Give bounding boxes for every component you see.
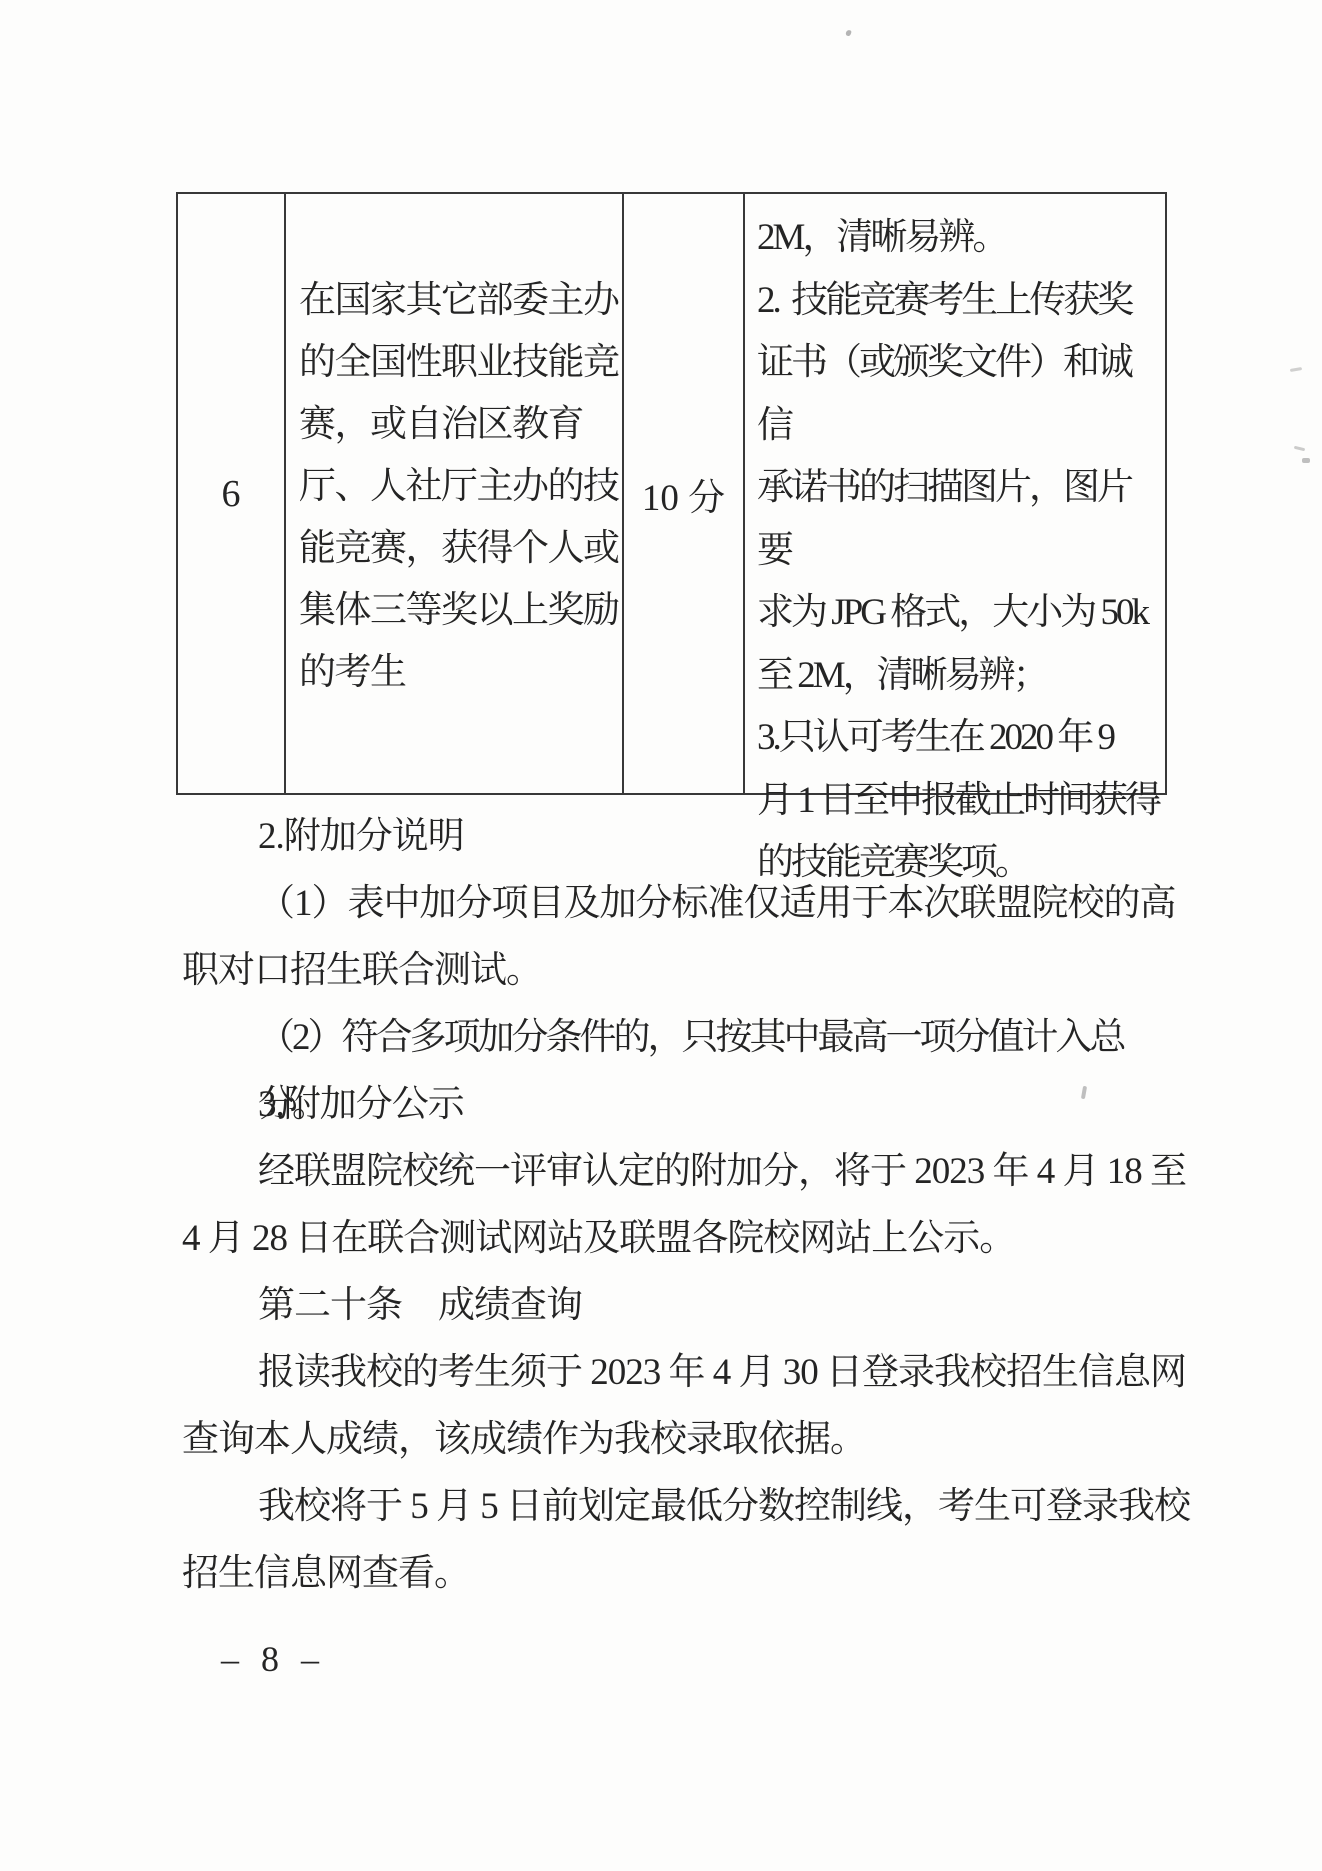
page-number: – 8 – <box>221 1638 321 1680</box>
item-line: 集体三等奖以上奖励 <box>299 580 622 642</box>
table-cell-row-number: 6 <box>178 194 286 793</box>
table-cell-notes: 2M，清晰易辨。 2. 技能竞赛考生上传获奖 证书（或颁奖文件）和诚信 承诺书的… <box>745 194 1165 793</box>
body-line: 4 月 28 日在联合测试网站及联盟各院校网站上公示。 <box>182 1205 1190 1272</box>
body-line: （1）表中加分项目及加分标准仅适用于本次联盟院校的高 <box>182 870 1190 937</box>
body-text: 2.附加分说明 （1）表中加分项目及加分标准仅适用于本次联盟院校的高 职对口招生… <box>182 803 1190 1607</box>
body-line section-heading: 第二十条 成绩查询 <box>182 1272 1190 1339</box>
body-line: 查询本人成绩，该成绩作为我校录取依据。 <box>182 1406 1190 1473</box>
scan-artifact-dot <box>845 29 852 36</box>
note-line: 证书（或颁奖文件）和诚信 <box>757 332 1161 457</box>
note-line: 求为 JPG 格式，大小为 50k <box>757 582 1161 645</box>
body-line: 招生信息网查看。 <box>182 1540 1190 1607</box>
body-line: 2.附加分说明 <box>182 803 1190 870</box>
note-line: 承诺书的扫描图片，图片要 <box>757 457 1161 582</box>
item-line: 赛，或自治区教育 <box>299 394 622 456</box>
body-line: 我校将于 5 月 5 日前划定最低分数控制线，考生可登录我校 <box>182 1473 1190 1540</box>
scan-artifact-dash <box>1302 458 1310 463</box>
item-line: 的考生 <box>299 642 622 704</box>
body-line: 3.附加分公示 <box>182 1071 1190 1138</box>
note-line: 3.只认可考生在 2020 年 9 <box>757 707 1161 770</box>
scan-artifact-dash <box>1290 367 1302 372</box>
note-line: 2. 技能竞赛考生上传获奖 <box>757 270 1161 333</box>
body-line: 职对口招生联合测试。 <box>182 937 1190 1004</box>
score-value: 10 分 <box>642 467 725 521</box>
row-number: 6 <box>222 472 241 516</box>
item-line: 厅、人社厅主办的技 <box>299 456 622 518</box>
note-line: 2M，清晰易辨。 <box>757 207 1161 270</box>
item-line: 的全国性职业技能竞 <box>299 332 622 394</box>
item-line: 在国家其它部委主办 <box>299 270 622 332</box>
bonus-points-table: 6 在国家其它部委主办 的全国性职业技能竞 赛，或自治区教育 厅、人社厅主办的技… <box>176 192 1167 795</box>
table-cell-item-description: 在国家其它部委主办 的全国性职业技能竞 赛，或自治区教育 厅、人社厅主办的技 能… <box>286 194 624 793</box>
note-line: 至 2M，清晰易辨； <box>757 645 1161 708</box>
scan-artifact-dash <box>1294 446 1305 452</box>
table-cell-score: 10 分 <box>624 194 745 793</box>
body-line: 经联盟院校统一评审认定的附加分，将于 2023 年 4 月 18 至 <box>182 1138 1190 1205</box>
item-line: 能竞赛，获得个人或 <box>299 518 622 580</box>
body-line: 报读我校的考生须于 2023 年 4 月 30 日登录我校招生信息网 <box>182 1339 1190 1406</box>
document-page: 6 在国家其它部委主办 的全国性职业技能竞 赛，或自治区教育 厅、人社厅主办的技… <box>0 0 1322 1871</box>
body-line: （2）符合多项加分条件的，只按其中最高一项分值计入总分。 <box>182 1004 1190 1071</box>
